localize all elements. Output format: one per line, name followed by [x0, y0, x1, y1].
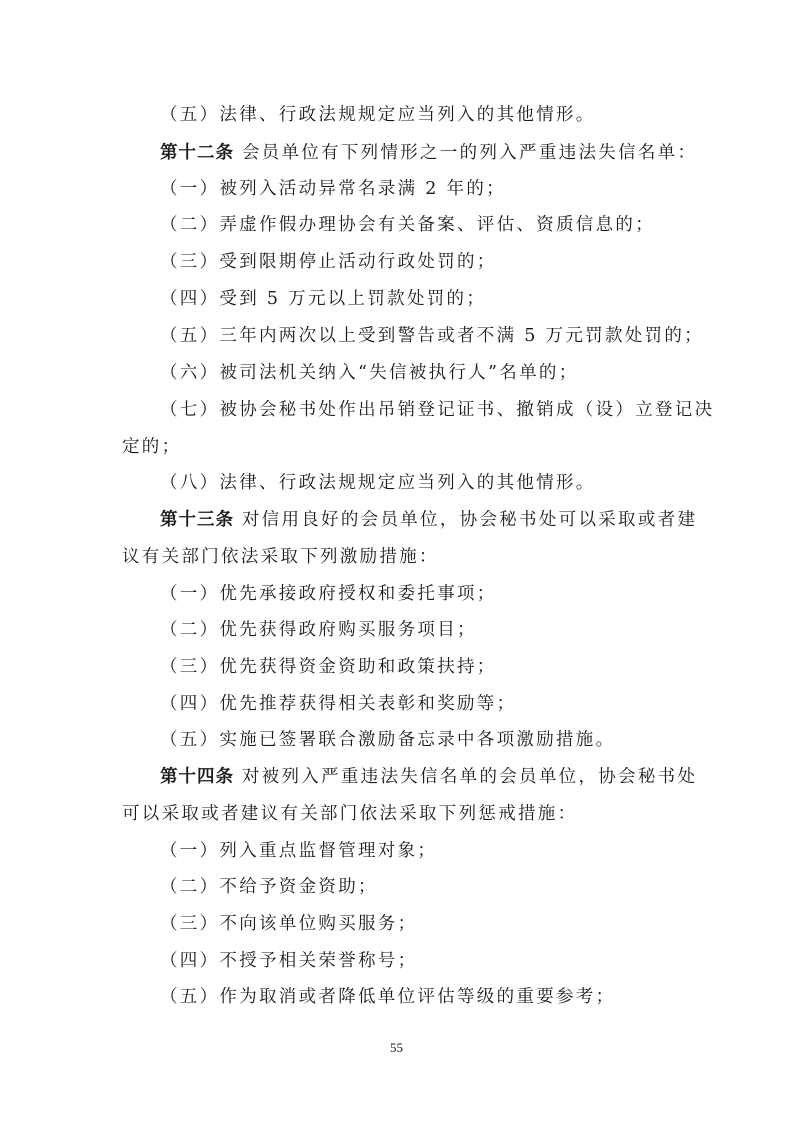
- line-text: （四）不授予相关荣誉称号；: [160, 951, 417, 971]
- paragraph-line: （二）不给予资金资助；: [0, 869, 793, 905]
- paragraph-line: 可以采取或者建议有关部门依法采取下列惩戒措施：: [0, 796, 793, 832]
- paragraph-line: （五）三年内两次以上受到警告或者不满 5 万元罚款处罚的；: [0, 318, 793, 354]
- paragraph-line: （四）受到 5 万元以上罚款处罚的；: [0, 281, 793, 317]
- line-text: （一）被列入活动异常名录满 2 年的；: [160, 179, 506, 199]
- paragraph-line: （四）优先推荐获得相关表彰和奖励等；: [0, 686, 793, 722]
- line-text: （二）弄虚作假办理协会有关备案、评估、资质信息的；: [160, 215, 655, 235]
- article-heading: 第十二条: [160, 143, 234, 163]
- line-text: （二）优先获得政府购买服务项目；: [160, 620, 477, 640]
- paragraph-line: （四）不授予相关荣誉称号；: [0, 943, 793, 979]
- article-13-line: 第十三条 对信用良好的会员单位，协会秘书处可以采取或者建: [0, 502, 793, 538]
- line-text: （三）优先获得资金资助和政策扶持；: [160, 657, 497, 677]
- paragraph-line: （八）法律、行政法规规定应当列入的其他情形。: [0, 465, 793, 501]
- line-text: 定的；: [122, 437, 181, 457]
- paragraph-line: （二）弄虚作假办理协会有关备案、评估、资质信息的；: [0, 207, 793, 243]
- line-text: 对信用良好的会员单位，协会秘书处可以采取或者建: [234, 510, 697, 530]
- paragraph-line: （七）被协会秘书处作出吊销登记证书、撤销成（设）立登记决: [0, 392, 793, 428]
- line-text: （四）受到 5 万元以上罚款处罚的；: [160, 289, 486, 309]
- paragraph-line: （五）实施已签署联合激励备忘录中各项激励措施。: [0, 722, 793, 758]
- line-text: （五）作为取消或者降低单位评估等级的重要参考；: [160, 987, 615, 1007]
- paragraph-line: 定的；: [0, 429, 793, 465]
- paragraph-line: 议有关部门依法采取下列激励措施：: [0, 539, 793, 575]
- paragraph-line: （五）作为取消或者降低单位评估等级的重要参考；: [0, 979, 793, 1015]
- line-text: （五）法律、行政法规规定应当列入的其他情形。: [160, 105, 596, 125]
- article-heading: 第十三条: [160, 510, 234, 530]
- line-text: （一）优先承接政府授权和委托事项；: [160, 584, 497, 604]
- paragraph-line: （三）受到限期停止活动行政处罚的；: [0, 244, 793, 280]
- paragraph-line: （五）法律、行政法规规定应当列入的其他情形。: [0, 97, 793, 133]
- line-text: （二）不给予资金资助；: [160, 877, 378, 897]
- paragraph-line: （二）优先获得政府购买服务项目；: [0, 612, 793, 648]
- line-text: 可以采取或者建议有关部门依法采取下列惩戒措施：: [122, 804, 577, 824]
- article-12-line: 第十二条 会员单位有下列情形之一的列入严重违法失信名单：: [0, 135, 793, 171]
- line-text: （四）优先推荐获得相关表彰和奖励等；: [160, 694, 516, 714]
- line-text: （八）法律、行政法规规定应当列入的其他情形。: [160, 473, 596, 493]
- line-text: 对被列入严重违法失信名单的会员单位，协会秘书处: [234, 767, 697, 787]
- line-text: （五）实施已签署联合激励备忘录中各项激励措施。: [160, 730, 615, 750]
- line-text: （一）列入重点监督管理对象；: [160, 841, 437, 861]
- article-heading: 第十四条: [160, 767, 234, 787]
- page-number: 55: [0, 1040, 793, 1056]
- paragraph-line: （一）优先承接政府授权和委托事项；: [0, 576, 793, 612]
- paragraph-line: （一）列入重点监督管理对象；: [0, 833, 793, 869]
- paragraph-line: （三）优先获得资金资助和政策扶持；: [0, 649, 793, 685]
- line-text: （七）被协会秘书处作出吊销登记证书、撤销成（设）立登记决: [160, 400, 714, 420]
- line-text: （三）受到限期停止活动行政处罚的；: [160, 252, 497, 272]
- line-text: （三）不向该单位购买服务；: [160, 914, 417, 934]
- line-text: 议有关部门依法采取下列激励措施：: [122, 547, 439, 567]
- line-text: （五）三年内两次以上受到警告或者不满 5 万元罚款处罚的；: [160, 326, 704, 346]
- line-text: 会员单位有下列情形之一的列入严重违法失信名单：: [234, 143, 697, 163]
- article-14-line: 第十四条 对被列入严重违法失信名单的会员单位，协会秘书处: [0, 759, 793, 795]
- paragraph-line: （六）被司法机关纳入“失信被执行人”名单的；: [0, 355, 793, 391]
- paragraph-line: （一）被列入活动异常名录满 2 年的；: [0, 171, 793, 207]
- line-text: （六）被司法机关纳入“失信被执行人”名单的；: [160, 363, 579, 383]
- paragraph-line: （三）不向该单位购买服务；: [0, 906, 793, 942]
- document-page: （五）法律、行政法规规定应当列入的其他情形。 第十二条 会员单位有下列情形之一的…: [0, 0, 793, 1122]
